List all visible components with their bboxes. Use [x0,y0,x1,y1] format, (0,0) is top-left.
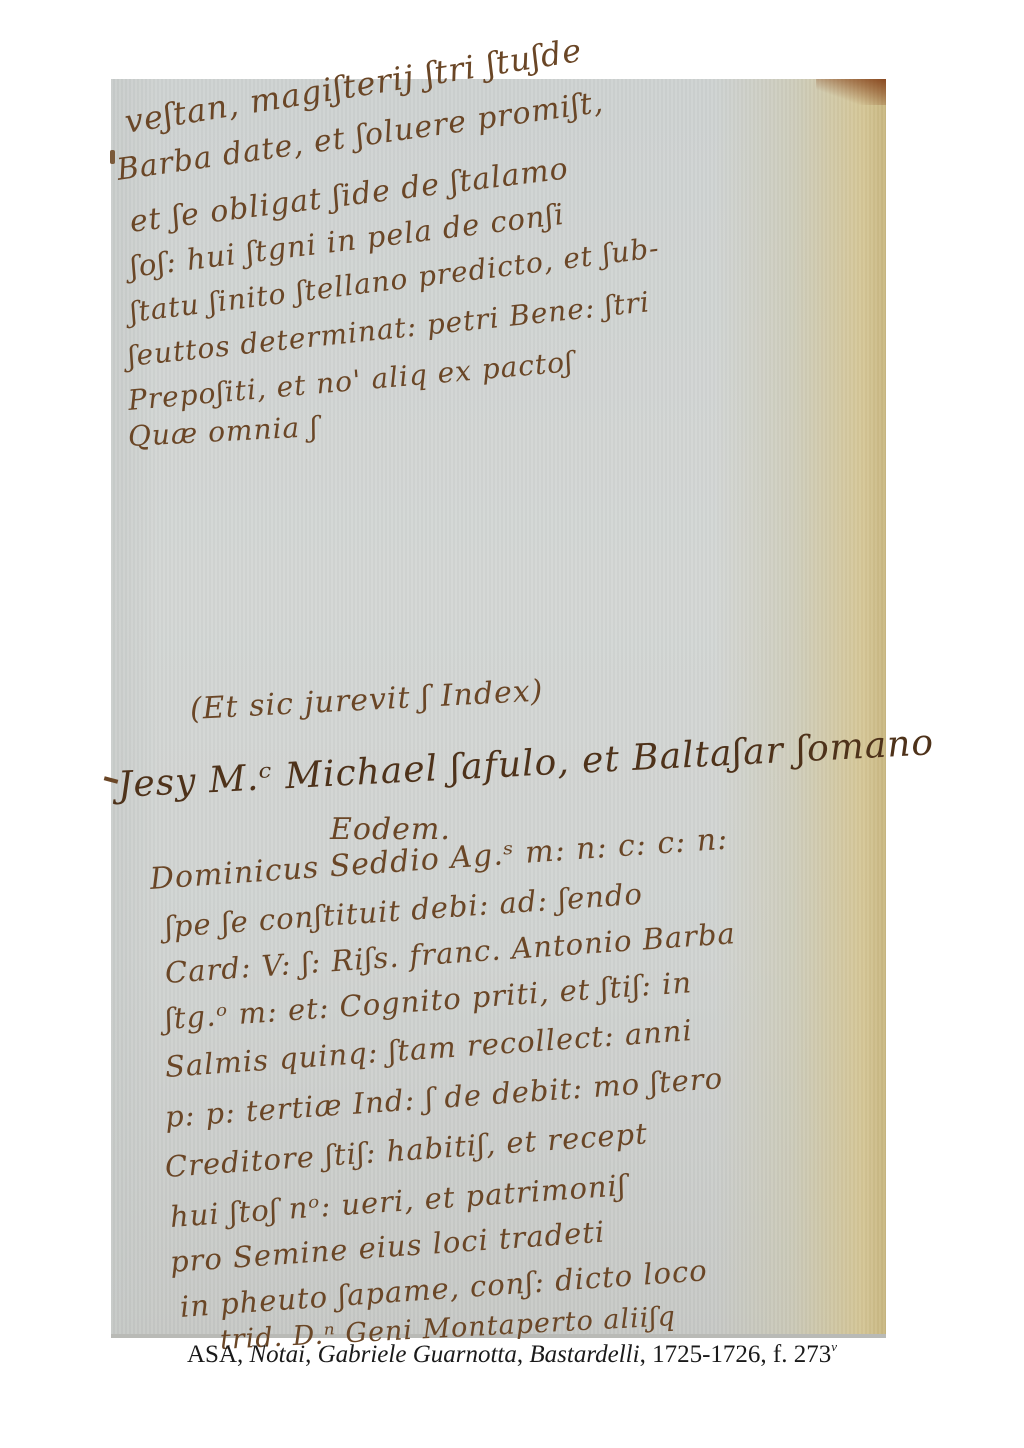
caption-notary: Gabriele Guarnotta [318,1341,517,1368]
caption-archive: ASA, [187,1341,250,1368]
caption-volume: Bastardelli [529,1341,639,1368]
caption-series: Notai [250,1341,306,1368]
caption-separator: , [305,1341,318,1368]
caption-separator: , [517,1341,530,1368]
caption-folio-side: v [831,1339,837,1354]
caption-dates-folio: , 1725-1726, f. 273 [640,1341,832,1368]
figure-caption: ASA, Notai, Gabriele Guarnotta, Bastarde… [0,1341,1024,1369]
binding-corner [816,79,886,105]
